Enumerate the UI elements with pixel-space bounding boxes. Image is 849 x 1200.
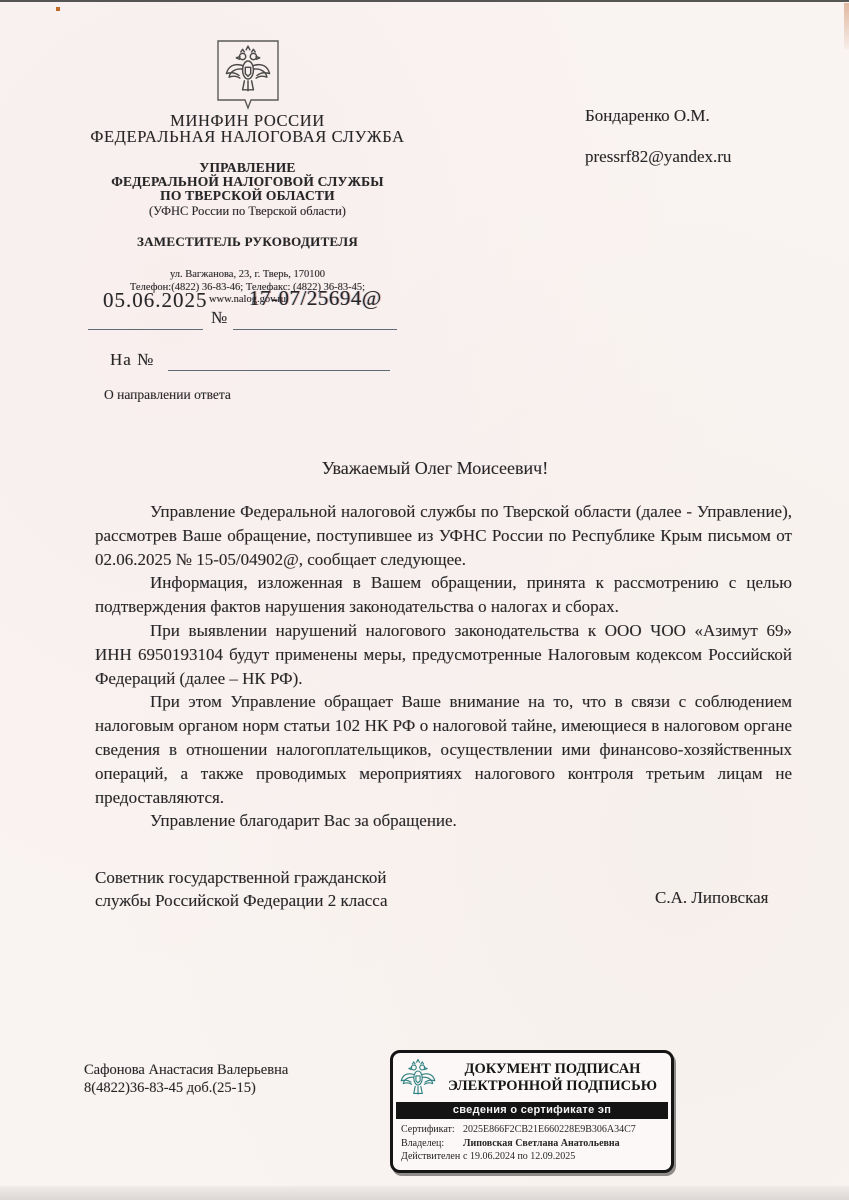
letterhead-address: ул. Вагжанова, 23, г. Тверь, 170100 [60, 269, 435, 282]
number-sign: № [211, 308, 227, 328]
body-paragraph: Информация, изложенная в Вашем обращении… [95, 571, 792, 619]
stamp-row-value: 2025E866F2CB21E660228E9B306A34C7 [463, 1123, 671, 1137]
body-paragraph: При выявлении нарушений налогового закон… [95, 619, 792, 690]
stamp-row-label: Действителен [401, 1150, 463, 1164]
stamp-row-certificate: Сертификат: 2025E866F2CB21E660228E9B306A… [401, 1123, 671, 1137]
stamp-header: ДОКУМЕНТ ПОДПИСАН ЭЛЕКТРОННОЙ ПОДПИСЬЮ [393, 1053, 671, 1101]
letter-body: Управление Федеральной налоговой службы … [95, 500, 792, 833]
department-line: УПРАВЛЕНИЕ [60, 161, 435, 175]
scan-edge-artifact-right [844, 3, 849, 49]
letterhead: МИНФИН РОССИИ ФЕДЕРАЛЬНАЯ НАЛОГОВАЯ СЛУЖ… [60, 40, 435, 307]
department-short-name: (УФНС России по Тверской области) [60, 205, 435, 218]
signer-position-line: Советник государственной гражданской [95, 866, 388, 889]
electronic-signature-stamp: ДОКУМЕНТ ПОДПИСАН ЭЛЕКТРОННОЙ ПОДПИСЬЮ с… [390, 1050, 674, 1173]
recipient-name: Бондаренко О.М. [585, 106, 731, 126]
service-name: ФЕДЕРАЛЬНАЯ НАЛОГОВАЯ СЛУЖБА [60, 129, 435, 145]
stamp-row-label: Сертификат: [401, 1123, 463, 1137]
coat-of-arms-eagle-icon [217, 40, 279, 110]
stamp-row-value: Липовская Светлана Анатольевна [463, 1137, 671, 1151]
date-underline [88, 329, 203, 330]
stamp-certificate-details: Сертификат: 2025E866F2CB21E660228E9B306A… [393, 1119, 671, 1164]
stamp-row-validity: Действителен с 19.06.2024 по 12.09.2025 [401, 1150, 671, 1164]
signer-name: С.А. Липовская [655, 888, 768, 908]
recipient-block: Бондаренко О.М. pressrf82@yandex.ru [585, 106, 731, 167]
stamp-title-line: ЭЛЕКТРОННОЙ ПОДПИСЬЮ [439, 1078, 666, 1095]
stamp-row-value: с 19.06.2024 по 12.09.2025 [463, 1150, 671, 1164]
signer-position-line: службы Российской Федерации 2 класса [95, 889, 388, 912]
executor-name: Сафонова Анастасия Валерьевна [84, 1062, 288, 1080]
stamp-row-owner: Владелец: Липовская Светлана Анатольевна [401, 1137, 671, 1151]
body-paragraph: При этом Управление обращает Ваше вниман… [95, 690, 792, 809]
outgoing-number: 17-07/25694@ [249, 286, 382, 311]
signer-position-title: ЗАМЕСТИТЕЛЬ РУКОВОДИТЕЛЯ [60, 234, 435, 250]
department-line: ПО ТВЕРСКОЙ ОБЛАСТИ [60, 189, 435, 203]
executor-phone: 8(4822)36-83-45 доб.(25-15) [84, 1080, 288, 1098]
scan-dot-artifact [56, 7, 60, 11]
scan-edge-artifact-bottom [0, 1186, 849, 1200]
signer-position-block: Советник государственной гражданской слу… [95, 866, 388, 912]
recipient-email: pressrf82@yandex.ru [585, 147, 731, 167]
incoming-number-label: На № [110, 350, 154, 370]
number-underline [233, 329, 397, 330]
department-line: ФЕДЕРАЛЬНОЙ НАЛОГОВОЙ СЛУЖБЫ [60, 175, 435, 189]
scan-edge-artifact-top [0, 0, 849, 2]
stamp-certificate-bar: сведения о сертификате эп [396, 1102, 668, 1119]
scanned-letter-page: МИНФИН РОССИИ ФЕДЕРАЛЬНАЯ НАЛОГОВАЯ СЛУЖ… [0, 0, 849, 1200]
letter-subject: О направлении ответа [104, 387, 231, 403]
letter-date: 05.06.2025 [103, 288, 208, 313]
stamp-title-line: ДОКУМЕНТ ПОДПИСАН [439, 1061, 666, 1078]
body-paragraph: Управление Федеральной налоговой службы … [95, 500, 792, 571]
salutation: Уважаемый Олег Моисеевич! [95, 458, 775, 479]
executor-block: Сафонова Анастасия Валерьевна 8(4822)36-… [84, 1062, 288, 1097]
stamp-row-label: Владелец: [401, 1137, 463, 1151]
stamp-eagle-icon [397, 1056, 439, 1100]
incoming-number-underline [168, 370, 390, 371]
body-paragraph: Управление благодарит Вас за обращение. [95, 809, 792, 833]
